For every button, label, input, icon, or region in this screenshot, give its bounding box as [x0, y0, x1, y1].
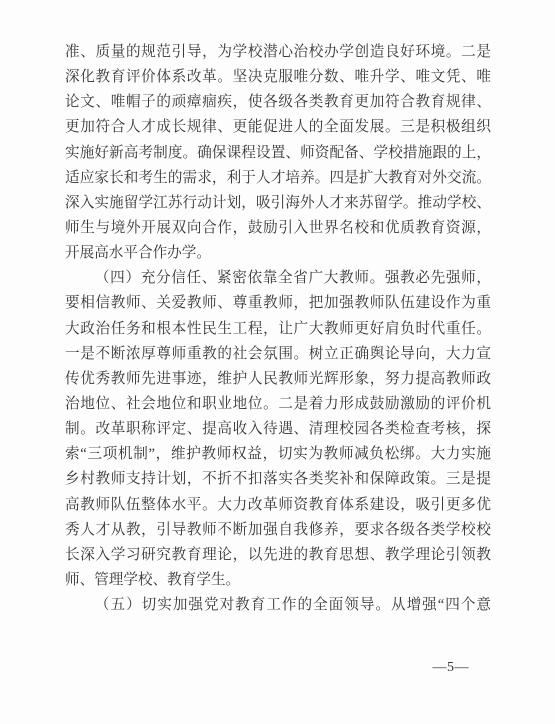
text-line: 秀人才从教，引导教师不断加强自我修养，要求各级各类学校校: [65, 518, 491, 543]
text-line: 一是不断浓厚尊师重教的社会氛围。树立正确舆论导向，大力宣: [65, 342, 491, 367]
text-line: 乡村教师支持计划，不折不扣落实各类奖补和保障政策。三是提: [65, 467, 491, 492]
text-line: 长深入学习研究教育理论，以先进的教育思想、教学理论引领教: [65, 543, 491, 568]
document-body: 准、质量的规范引导，为学校潜心治校办学创造良好环境。二是深化教育评价体系改革。坚…: [65, 40, 491, 618]
text-line: 传优秀教师先进事迹，维护人民教师光辉形象，努力提高教师政: [65, 367, 491, 392]
text-line: （五）切实加强党对教育工作的全面领导。从增强“四个意: [65, 593, 491, 618]
page-number: —5—: [433, 660, 470, 676]
text-line: 要相信教师、关爱教师、尊重教师，把加强教师队伍建设作为重: [65, 291, 491, 316]
document-page: 准、质量的规范引导，为学校潜心治校办学创造良好环境。二是深化教育评价体系改革。坚…: [0, 0, 555, 724]
text-line: 大政治任务和根本性民生工程，让广大教师更好肩负时代重任。: [65, 317, 491, 342]
text-line: 实施好新高考制度。确保课程设置、师资配备、学校措施跟的上，: [65, 141, 491, 166]
text-line: （四）充分信任、紧密依靠全省广大教师。强教必先强师，: [65, 266, 491, 291]
text-line: 论文、唯帽子的顽瘴痼疾，使各级各类教育更加符合教育规律、: [65, 90, 491, 115]
text-line: 深化教育评价体系改革。坚决克服唯分数、唯升学、唯文凭、唯: [65, 65, 491, 90]
text-line: 师、管理学校、教育学生。: [65, 568, 491, 593]
text-line: 高教师队伍整体水平。大力改革师资教育体系建设，吸引更多优: [65, 493, 491, 518]
text-line: 开展高水平合作办学。: [65, 241, 491, 266]
text-line: 索“三项机制”，维护教师权益，切实为教师减负松绑。大力实施: [65, 442, 491, 467]
text-line: 更加符合人才成长规律、更能促进人的全面发展。三是积极组织: [65, 115, 491, 140]
text-line: 师生与境外开展双向合作，鼓励引入世界名校和优质教育资源，: [65, 216, 491, 241]
text-line: 适应家长和考生的需求，利于人才培养。四是扩大教育对外交流。: [65, 166, 491, 191]
text-line: 制。改革职称评定、提高收入待遇、清理校园各类检查考核，探: [65, 417, 491, 442]
text-line: 准、质量的规范引导，为学校潜心治校办学创造良好环境。二是: [65, 40, 491, 65]
text-line: 治地位、社会地位和职业地位。二是着力形成鼓励激励的评价机: [65, 392, 491, 417]
text-line: 深入实施留学江苏行动计划，吸引海外人才来苏留学。推动学校、: [65, 191, 491, 216]
